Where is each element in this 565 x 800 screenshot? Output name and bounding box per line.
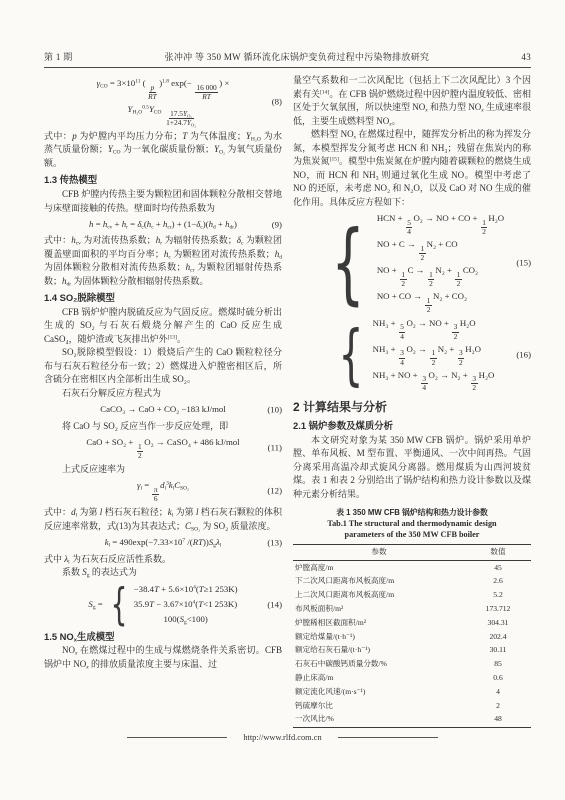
equation-line: γl = π6dl3klCSO₂ — [137, 479, 189, 503]
equation-14: Sg = { −38.4T + 5.6×104(T≥1 253K) 35.9T … — [44, 583, 282, 627]
table-row: 一次风比/%48 — [293, 713, 531, 727]
paragraph: 将 CaO 与 SO₂ 反应当作一步反应处理，即 — [44, 420, 282, 434]
param-value: 2.6 — [465, 575, 531, 589]
paragraph: CFB 锅炉炉膛内脱硫反应为气固反应。燃煤时硫分析出生成的 SO₂ 与石灰石煅烧… — [44, 306, 282, 347]
param-value: 304.31 — [465, 616, 531, 630]
footer-rule-left — [127, 737, 227, 738]
section-heading-1-3: 1.3 传热模型 — [44, 173, 282, 187]
reaction-line: NH₃ + 34O₂ → 12N₂ + 32H₂O — [373, 343, 481, 367]
equation-line: CaCO₃ → CaO + CO₂ −183 kJ/mol — [100, 403, 226, 416]
table1-caption-en: Tab.1 The structural and thermodynamic d… — [293, 519, 531, 540]
param-value: 2 — [465, 699, 531, 713]
equation-number: (13) — [267, 536, 282, 549]
two-column-body: γCO = 3×1011 (pRT)1.8 exp(− 16 000RT) × … — [44, 74, 531, 728]
equation-case: −38.4T + 5.6×104(T≥1 253K) — [134, 583, 238, 596]
reaction-line: NO + 12C → 12N₂ + 12CO₂ — [377, 264, 478, 288]
param-value: 202.4 — [465, 630, 531, 644]
equation-line: YH₂O0.5YCO 17.5YO₂1+24.7YO₂ — [128, 103, 199, 127]
param-value: 4 — [465, 685, 531, 699]
equation-8: γCO = 3×1011 (pRT)1.8 exp(− 16 000RT) × … — [44, 77, 282, 127]
column-header-parameter: 参数 — [293, 545, 465, 561]
param-value: 0.6 — [465, 671, 531, 685]
paragraph: NOx 在燃煤过程中的生成与煤燃烧条件关系密切。CFB 锅炉中 NOx 的排放质… — [44, 644, 282, 671]
param-label: 上二次风口距离布风板高度/m — [293, 589, 465, 603]
param-label: 额定给石灰石量/(t·h⁻¹) — [293, 644, 465, 658]
equation-9: h = hcv + hr = δc(hc + hcr) + (1−δc)(hd … — [44, 218, 282, 231]
brace-glyph: { — [338, 322, 363, 388]
paragraph: 式中：p 为炉膛内平均压力分布；T 为气体温度；YH₂O 为水蒸气质量份额；YC… — [44, 130, 282, 171]
footer-rule-right — [338, 737, 438, 738]
table-row: 钙硫摩尔比2 — [293, 699, 531, 713]
right-column: 量空气系数和一二次风配比（包括上下二次风配比）3 个因素有关[14]。在 CFB… — [293, 74, 531, 728]
equation-10: CaCO₃ → CaO + CO₂ −183 kJ/mol (10) — [44, 403, 282, 416]
paragraph: 石灰石分解反应方程式为 — [44, 387, 282, 401]
section-heading-2: 2 计算结果与分析 — [293, 400, 531, 416]
param-value: 173.712 — [465, 602, 531, 616]
param-label: 额定给煤量/(t·h⁻¹) — [293, 630, 465, 644]
table1-caption-en-line2: parameters of the 350 MW CFB boiler — [293, 530, 531, 541]
equation-number: (15) — [516, 256, 531, 269]
equation-case: 35.9T − 3.67×104(T<1 253K) — [134, 598, 237, 611]
param-label: 石灰石中碳酸钙质量分数/% — [293, 658, 465, 672]
equation-line: γCO = 3×1011 (pRT)1.8 exp(− 16 000RT) × — [97, 77, 230, 101]
section-heading-1-4: 1.4 SO₂脱除模型 — [44, 291, 282, 305]
reaction-line: NH₃ + NO + 34O₂ → N₂ + 32H₂O — [373, 369, 495, 393]
paragraph: 燃料型 NOx 在燃煤过程中，随挥发分析出的称为挥发分氮，本模型挥发分氮考虑 H… — [293, 128, 531, 209]
section-heading-2-1: 2.1 锅炉参数及煤质分析 — [293, 419, 531, 433]
page-number: 43 — [521, 52, 531, 62]
table-header-row: 参数 数值 — [293, 545, 531, 561]
table-row: 布风板面积/m²173.712 — [293, 602, 531, 616]
column-header-value: 数值 — [465, 545, 531, 561]
param-value: 45 — [465, 560, 531, 574]
equation-number: (16) — [516, 348, 531, 361]
table-row: 额定给石灰石量/(t·h⁻¹)30.11 — [293, 644, 531, 658]
table-row: 额定流化风速/(m·s⁻¹)4 — [293, 685, 531, 699]
equation-number: (14) — [267, 598, 282, 611]
table-row: 下二次风口距离布风板高度/m2.6 — [293, 575, 531, 589]
paragraph: 上式反应速率为 — [44, 463, 282, 477]
param-value: 48 — [465, 713, 531, 727]
equation-12: γl = π6dl3klCSO₂ (12) — [44, 479, 282, 503]
param-label: 一次风比/% — [293, 713, 465, 727]
table-row: 炉膛高度/m45 — [293, 560, 531, 574]
table-row: 炉膛稀相区截面积/m²304.31 — [293, 616, 531, 630]
equation-11: CaO + SO₂ + 12O₂ → CaSO₄ + 486 kJ/mol (1… — [44, 436, 282, 460]
param-value: 5.2 — [465, 589, 531, 603]
table1-caption-zh: 表 1 350 MW CFB 锅炉结构和热力设计参数 — [293, 507, 531, 519]
equation-number: (11) — [268, 441, 282, 454]
paragraph: 式中 λl 为石灰石反应活性系数。 — [44, 553, 282, 567]
paragraph: 本文研究对象为某 350 MW CFB 锅炉。锅炉采用单炉膛、单布风板、M 型布… — [293, 434, 531, 502]
design-parameters-table: 参数 数值 炉膛高度/m45下二次风口距离布风板高度/m2.6上二次风口距离布风… — [293, 544, 531, 727]
equation-line: h = hcv + hr = δc(hc + hcr) + (1−δc)(hd … — [89, 218, 237, 231]
param-label: 布风板面积/m² — [293, 602, 465, 616]
running-title: 张冲冲 等 350 MW 循环流化床锅炉变负荷过程中污染物排放研究 — [73, 50, 522, 63]
reaction-line: NH₃ + 54O₂ → NO + 32H₂O — [373, 317, 476, 341]
equation-number: (8) — [272, 95, 282, 108]
equation-lhs: Sg = — [88, 598, 102, 611]
param-label: 下二次风口距离布风板高度/m — [293, 575, 465, 589]
table-body: 炉膛高度/m45下二次风口距离布风板高度/m2.6上二次风口距离布风板高度/m5… — [293, 560, 531, 727]
reaction-line: HCN + 54O₂ → NO + CO + 12H₂O — [377, 212, 504, 236]
reaction-line: NO + C → 12N₂ + CO — [377, 238, 458, 262]
param-label: 额定流化风速/(m·s⁻¹) — [293, 685, 465, 699]
param-label: 炉膛稀相区截面积/m² — [293, 616, 465, 630]
paragraph: CFB 炉膛内传热主要为颗粒团和固体颗粒分散相交替地与床壁面接触的传热。壁面时均… — [44, 188, 282, 215]
equation-number: (10) — [267, 403, 282, 416]
table-row: 上二次风口距离布风板高度/m5.2 — [293, 589, 531, 603]
left-column: γCO = 3×1011 (pRT)1.8 exp(− 16 000RT) × … — [44, 74, 282, 728]
journal-issue: 第 1 期 — [44, 50, 73, 63]
paragraph: 式中：hcv 为对流传热系数；hr 为辐射传热系数；δc 为颗粒团覆盖壁面面积的… — [44, 234, 282, 288]
section-heading-1-5: 1.5 NOx生成模型 — [44, 630, 282, 644]
equation-number: (12) — [267, 485, 282, 498]
page-header: 第 1 期 张冲冲 等 350 MW 循环流化床锅炉变负荷过程中污染物排放研究 … — [44, 50, 531, 68]
equation-number: (9) — [272, 218, 282, 231]
equation-16: { NH₃ + 54O₂ → NO + 32H₂O NH₃ + 34O₂ → 1… — [293, 317, 531, 393]
param-value: 30.11 — [465, 644, 531, 658]
equation-line: CaO + SO₂ + 12O₂ → CaSO₄ + 486 kJ/mol — [86, 436, 239, 460]
paragraph: 式中：dl 为第 l 档石灰石粒径；kl 为第 l 档石灰石颗粒的体积反应速率常… — [44, 506, 282, 533]
equation-line: kl = 490exp(−7.33×107 /(RT))Sgλl — [105, 536, 222, 549]
param-label: 炉膛高度/m — [293, 560, 465, 574]
paper-page: 第 1 期 张冲冲 等 350 MW 循环流化床锅炉变负荷过程中污染物排放研究 … — [0, 0, 565, 800]
param-value: 85 — [465, 658, 531, 672]
brace-glyph: { — [110, 583, 127, 627]
reaction-line: NO + CO → 12N₂ + CO₂ — [377, 290, 467, 314]
param-label: 钙硫摩尔比 — [293, 699, 465, 713]
equation-13: kl = 490exp(−7.33×107 /(RT))Sgλl (13) — [44, 536, 282, 549]
param-label: 静止床高/m — [293, 671, 465, 685]
page-footer: http://www.rlfd.com.cn — [0, 733, 565, 742]
table1-caption-en-line1: Tab.1 The structural and thermodynamic d… — [293, 519, 531, 530]
brace-glyph: { — [331, 219, 365, 307]
table-row: 石灰石中碳酸钙质量分数/%85 — [293, 658, 531, 672]
table-row: 静止床高/m0.6 — [293, 671, 531, 685]
paragraph: SO₂脱除模型假设：1）煅烧后产生的 CaO 颗粒粒径分布与石灰石粒径分布一致；… — [44, 346, 282, 387]
equation-case: 100(Sg<100) — [163, 613, 207, 626]
paragraph: 系数 Sg 的表达式为 — [44, 566, 282, 580]
table-row: 额定给煤量/(t·h⁻¹)202.4 — [293, 630, 531, 644]
footer-url: http://www.rlfd.com.cn — [243, 733, 321, 742]
paragraph: 量空气系数和一二次风配比（包括上下二次风配比）3 个因素有关[14]。在 CFB… — [293, 74, 531, 128]
equation-15: { HCN + 54O₂ → NO + CO + 12H₂O NO + C → … — [293, 212, 531, 314]
